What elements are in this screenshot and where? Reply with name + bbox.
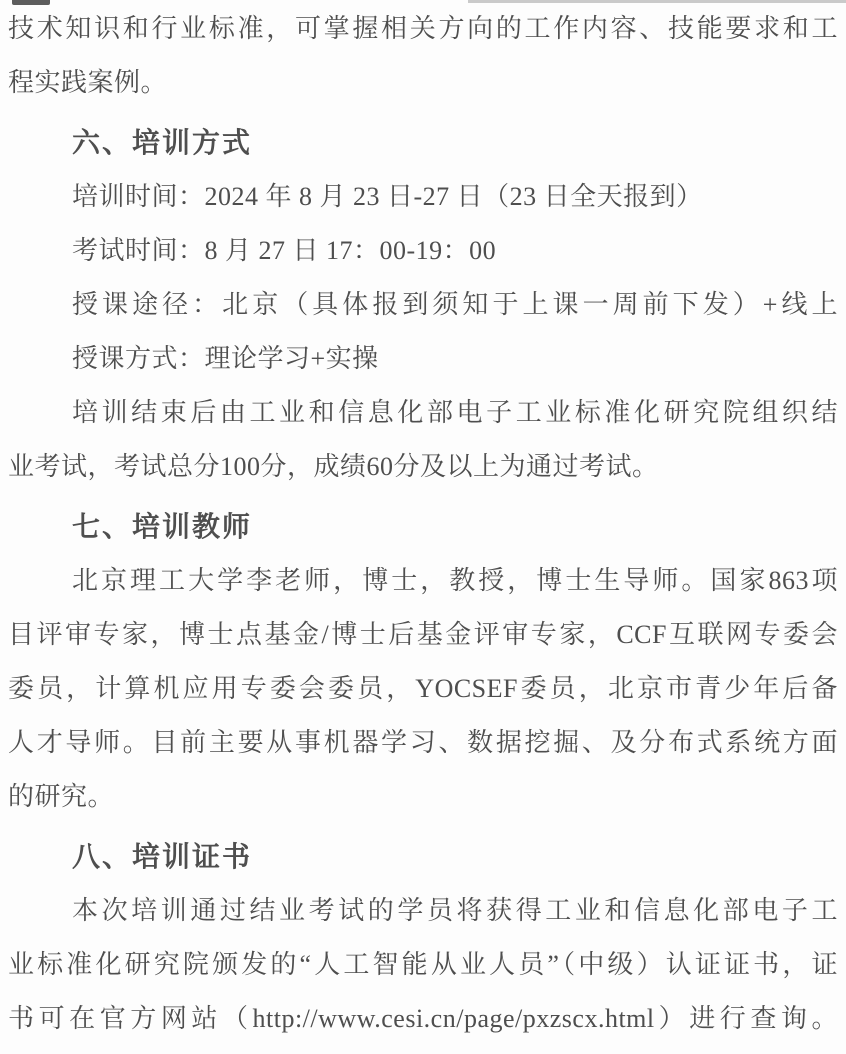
teacher-paragraph-line: 北京理工大学李老师，博士，教授，博士生导师。国家863项	[8, 554, 838, 608]
training-time-line: 培训时间：2024 年 8 月 23 日-27 日（23 日全天报到）	[8, 170, 838, 224]
teacher-paragraph-line: 目评审专家，博士点基金/博士后基金评审专家，CCF互联网专委会	[8, 608, 838, 662]
intro-line: 技术知识和行业标准，可掌握相关方向的工作内容、技能要求和工	[8, 2, 838, 56]
section-heading-training-certificate: 八、培训证书	[8, 830, 838, 884]
exam-paragraph-line: 业考试，考试总分100分，成绩60分及以上为通过考试。	[8, 440, 838, 494]
scan-artifact-dark	[12, 0, 50, 5]
section-heading-training-method: 六、培训方式	[8, 116, 838, 170]
teacher-paragraph-line: 的研究。	[8, 770, 838, 824]
teacher-paragraph-line: 人才导师。目前主要从事机器学习、数据挖掘、及分布式系统方面	[8, 716, 838, 770]
teaching-method-line: 授课方式：理论学习+实操	[8, 332, 838, 386]
document-page: 技术知识和行业标准，可掌握相关方向的工作内容、技能要求和工 程实践案例。 六、培…	[0, 0, 846, 1054]
exam-time-line: 考试时间：8 月 27 日 17：00-19：00	[8, 224, 838, 278]
scan-artifact-light	[468, 0, 846, 3]
exam-paragraph-line: 培训结束后由工业和信息化部电子工业标准化研究院组织结	[8, 386, 838, 440]
teacher-paragraph-line: 委员，计算机应用专委会委员，YOCSEF委员，北京市青少年后备	[8, 662, 838, 716]
certificate-url-line: 书可在官方网站（http://www.cesi.cn/page/pxzscx.h…	[8, 992, 838, 1046]
intro-line: 程实践案例。	[8, 56, 838, 110]
section-heading-training-teacher: 七、培训教师	[8, 500, 838, 554]
certificate-paragraph-line: 本次培训通过结业考试的学员将获得工业和信息化部电子工	[8, 884, 838, 938]
teaching-route-line: 授课途径：北京（具体报到须知于上课一周前下发）+线上	[8, 278, 838, 332]
certificate-paragraph-line: 业标准化研究院颁发的“人工智能从业人员”（中级）认证证书，证	[8, 938, 838, 992]
